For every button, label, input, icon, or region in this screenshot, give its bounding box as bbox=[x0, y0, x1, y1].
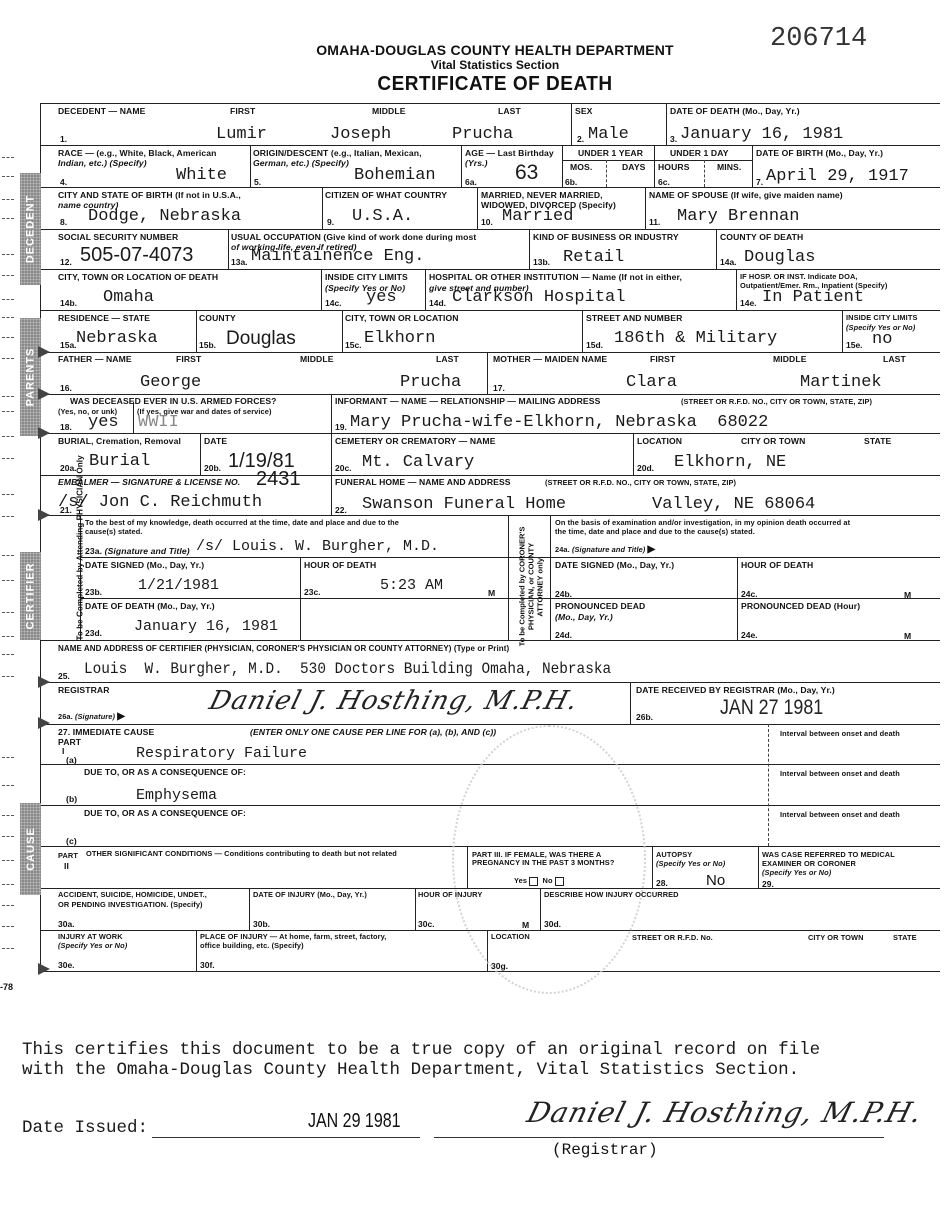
label-embalmer: EMBALMER — SIGNATURE & LICENSE NO. bbox=[58, 477, 240, 487]
label-part: PART bbox=[58, 851, 78, 860]
label-middle: MIDDLE bbox=[300, 354, 334, 364]
label-res-city: CITY, TOWN OR LOCATION bbox=[345, 313, 459, 323]
field-number: 30d. bbox=[544, 919, 561, 929]
section-name: Vital Statistics Section bbox=[0, 58, 950, 72]
label-origin: ORIGIN/DESCENT (e.g., Italian, Mexican, bbox=[253, 148, 422, 158]
field-number: 14a. bbox=[720, 257, 737, 267]
arrow-marker-icon bbox=[38, 963, 50, 975]
coroner-only-note: To be Completed by CORONER'S PHYSICIAN, … bbox=[518, 524, 545, 650]
label-referred-hint: (Specify Yes or No) bbox=[762, 868, 831, 877]
label-accident: ACCIDENT, SUICIDE, HOMICIDE, UNDET., bbox=[58, 890, 207, 899]
label-residence-state: RESIDENCE — STATE bbox=[58, 313, 150, 323]
disposition-method[interactable]: Burial bbox=[89, 453, 150, 471]
father-first-name[interactable]: George bbox=[140, 374, 201, 392]
pregnancy-options: Yes No bbox=[514, 876, 564, 886]
label-hosp-status: IF HOSP. OR INST. Indicate DOA, bbox=[740, 272, 858, 281]
date-signed-value[interactable]: 1/21/1981 bbox=[138, 578, 219, 594]
cemetery-name[interactable]: Mt. Calvary bbox=[362, 454, 474, 472]
label-registrar: REGISTRAR bbox=[58, 685, 110, 695]
label-street-rfd: STREET OR R.F.D. No. bbox=[632, 933, 713, 942]
label-place-of-injury: PLACE OF INJURY — At home, farm, street,… bbox=[200, 932, 386, 941]
registrar-label: (Registrar) bbox=[552, 1141, 658, 1159]
label-state: STATE bbox=[864, 436, 891, 446]
embalmer-signature[interactable]: /s/ Jon C. Reichmuth bbox=[58, 494, 262, 512]
label-24a: 24a. (Signature and Title) ▶ bbox=[555, 545, 655, 554]
date-issued-line bbox=[152, 1137, 420, 1138]
field-number: 15d. bbox=[586, 340, 603, 350]
label-describe-injury: DESCRIBE HOW INJURY OCCURRED bbox=[544, 890, 679, 899]
pregnancy-yes-checkbox[interactable] bbox=[529, 877, 538, 886]
field-number: 23d. bbox=[85, 628, 102, 638]
label-date-of-death: DATE OF DEATH (Mo., Day, Yr.) bbox=[85, 601, 215, 611]
label-26a: 26a. (Signature) ▶ bbox=[58, 712, 125, 721]
physician-statement-2: cause(s) stated. bbox=[85, 527, 142, 536]
decedent-tab: DECEDENT bbox=[20, 173, 41, 285]
residence-city[interactable]: Elkhorn bbox=[364, 330, 435, 348]
label-date-of-birth: DATE OF BIRTH (Mo., Day, Yr.) bbox=[756, 148, 883, 158]
informant-value[interactable]: Mary Prucha-wife-Elkhorn, Nebraska 68022 bbox=[350, 414, 768, 432]
label-first: FIRST bbox=[650, 354, 675, 364]
residence-county[interactable]: Douglas bbox=[226, 330, 296, 348]
date-issued-label: Date Issued: bbox=[22, 1118, 148, 1138]
label-hours: HOURS bbox=[658, 162, 690, 172]
residence-street[interactable]: 186th & Military bbox=[614, 330, 777, 348]
label-pronounced-dead-hint: (Mo., Day, Yr.) bbox=[555, 612, 613, 622]
decedent-last-name[interactable]: Prucha bbox=[452, 126, 513, 144]
field-number: 4. bbox=[60, 177, 67, 187]
pregnancy-no-checkbox[interactable] bbox=[555, 877, 564, 886]
parents-tab: PARENTS bbox=[20, 318, 41, 436]
field-number: 18. bbox=[60, 422, 72, 432]
field-number: 13a. bbox=[231, 257, 248, 267]
decedent-marital-status[interactable]: Married bbox=[502, 208, 573, 226]
label-city-of-death: CITY, TOWN OR LOCATION OF DEATH bbox=[58, 272, 218, 282]
label-last: LAST bbox=[498, 106, 521, 116]
embalmer-license[interactable]: 2431 bbox=[256, 470, 301, 488]
residence-inside-city[interactable]: no bbox=[872, 331, 892, 349]
label-pronounced-dead: PRONOUNCED DEAD bbox=[555, 601, 645, 611]
autopsy-value[interactable]: No bbox=[706, 872, 725, 889]
label-mos: MOS. bbox=[570, 162, 592, 172]
label-b: (b) bbox=[66, 794, 77, 804]
field-number: 29. bbox=[762, 879, 774, 889]
decedent-occupation[interactable]: Maintainence Eng. bbox=[251, 248, 424, 266]
label-age: AGE — Last Birthday bbox=[465, 148, 554, 158]
label-armed-forces: WAS DECEASED EVER IN U.S. ARMED FORCES? bbox=[70, 396, 277, 406]
due-to-b-value[interactable]: Emphysema bbox=[136, 788, 217, 804]
field-number: 6a. bbox=[465, 177, 477, 187]
label-middle: MIDDLE bbox=[372, 106, 406, 116]
field-number: 15b. bbox=[199, 340, 216, 350]
label-place-of-injury-2: office building, etc. (Specify) bbox=[200, 941, 304, 950]
field-number: 26b. bbox=[636, 712, 653, 722]
label-state: STATE bbox=[893, 933, 917, 942]
department-name: OMAHA-DOUGLAS COUNTY HEALTH DEPARTMENT bbox=[0, 42, 950, 58]
field-number: 8. bbox=[60, 217, 67, 227]
field-number: 30f. bbox=[200, 960, 215, 970]
mother-first-name[interactable]: Clara bbox=[626, 374, 677, 392]
field-number: 6c. bbox=[658, 177, 670, 187]
funeral-home-name[interactable]: Swanson Funeral Home bbox=[362, 496, 566, 514]
field-number: 11. bbox=[649, 217, 660, 227]
field-number: 20d. bbox=[637, 463, 654, 473]
label-days: DAYS bbox=[622, 162, 646, 172]
physician-signature[interactable]: /s/ Louis. W. Burgher, M.D. bbox=[196, 539, 439, 555]
label-citizen: CITIZEN OF WHAT COUNTRY bbox=[325, 190, 447, 200]
field-number: 24c. bbox=[741, 589, 758, 599]
label-part-i: I bbox=[62, 746, 65, 756]
date-issued-value: JAN 29 1981 bbox=[308, 1110, 401, 1133]
label-autopsy-hint: (Specify Yes or No) bbox=[656, 859, 725, 868]
decedent-spouse[interactable]: Mary Brennan bbox=[677, 208, 799, 226]
label-date-signed: DATE SIGNED (Mo., Day, Yr.) bbox=[555, 560, 674, 570]
label-street: STREET AND NUMBER bbox=[586, 313, 682, 323]
footer-registrar-signature: Daniel J. Hosthing, M.P.H. bbox=[524, 1096, 927, 1129]
page-title: CERTIFICATE OF DEATH bbox=[0, 73, 950, 96]
label-under-1-day: UNDER 1 DAY bbox=[670, 148, 729, 158]
label-a: (a) bbox=[66, 755, 77, 765]
field-number: 30g. bbox=[491, 961, 508, 971]
label-due-to: DUE TO, OR AS A CONSEQUENCE OF: bbox=[84, 767, 246, 777]
label-autopsy: AUTOPSY bbox=[656, 850, 692, 859]
label-burial: BURIAL, Cremation, Removal bbox=[58, 436, 181, 446]
label-c: (c) bbox=[66, 836, 77, 846]
decedent-race[interactable]: White bbox=[176, 167, 227, 185]
label-father: FATHER — NAME bbox=[58, 354, 132, 364]
label-interval: Interval between onset and death bbox=[780, 729, 900, 738]
label-23a: 23a. (Signature and Title) bbox=[85, 546, 190, 556]
label-mins: MINS. bbox=[717, 162, 741, 172]
label-marital: MARRIED, NEVER MARRIED, bbox=[481, 190, 603, 200]
coroner-statement-2: the time, date and place and due to the … bbox=[555, 527, 755, 536]
label-location: LOCATION bbox=[491, 932, 530, 941]
label-injury-at-work: INJURY AT WORK bbox=[58, 932, 123, 941]
field-number: 15e. bbox=[846, 340, 863, 350]
decedent-inside-city-limits[interactable]: yes bbox=[366, 289, 397, 307]
field-number: 24d. bbox=[555, 630, 572, 640]
field-number: 1. bbox=[60, 134, 67, 144]
field-number: 24e. bbox=[741, 630, 758, 640]
label-address-hint: (STREET OR R.F.D. NO., CITY OR TOWN, STA… bbox=[545, 478, 736, 487]
field-number: 22. bbox=[335, 505, 347, 515]
cause-tab: CAUSE bbox=[20, 803, 41, 895]
label-county: COUNTY bbox=[199, 313, 236, 323]
arrow-marker-icon bbox=[38, 509, 50, 521]
field-number: 7. bbox=[756, 177, 763, 187]
decedent-date-of-birth[interactable]: April 29, 1917 bbox=[766, 168, 909, 186]
field-number: 13b. bbox=[533, 257, 550, 267]
field-number: 23b. bbox=[85, 587, 102, 597]
label-age-hint: (Yrs.) bbox=[465, 158, 488, 168]
physician-only-note: To be Completed by Attending PHYSICIAN O… bbox=[76, 515, 85, 641]
field-number: 14d. bbox=[429, 298, 446, 308]
field-number: 15c. bbox=[345, 340, 362, 350]
label-middle: MIDDLE bbox=[773, 354, 807, 364]
label-date-signed: DATE SIGNED (Mo., Day, Yr.) bbox=[85, 560, 204, 570]
armed-forces-value[interactable]: yes bbox=[88, 414, 119, 432]
arrow-marker-icon bbox=[38, 676, 50, 688]
label-first: FIRST bbox=[230, 106, 255, 116]
field-number: 3. bbox=[670, 134, 677, 144]
field-number: 30e. bbox=[58, 960, 75, 970]
label-date: DATE bbox=[204, 436, 227, 446]
field-number: 25. bbox=[58, 671, 70, 681]
armed-forces-war[interactable]: WWII bbox=[138, 414, 179, 432]
decedent-hospital[interactable]: Clarkson Hospital bbox=[452, 289, 625, 307]
label-city-or-town: CITY OR TOWN bbox=[741, 436, 805, 446]
label-sex: SEX bbox=[575, 106, 593, 116]
label-accident-2: OR PENDING INVESTIGATION. (Specify) bbox=[58, 900, 203, 909]
label-enter-one: (ENTER ONLY ONE CAUSE PER LINE FOR (a), … bbox=[250, 727, 496, 737]
decedent-birthplace[interactable]: Dodge, Nebraska bbox=[88, 208, 241, 226]
hour-of-death-value[interactable]: 5:23 AM bbox=[380, 578, 443, 594]
form-code: -78 bbox=[0, 982, 13, 992]
field-number: 14c. bbox=[325, 298, 342, 308]
arrow-marker-icon bbox=[38, 427, 50, 439]
field-number: 9. bbox=[327, 217, 334, 227]
field-number: 30c. bbox=[418, 919, 435, 929]
arrow-marker-icon bbox=[38, 346, 50, 358]
cemetery-location[interactable]: Elkhorn, NE bbox=[674, 454, 786, 472]
label-m: M bbox=[904, 631, 911, 641]
arrow-marker-icon bbox=[38, 717, 50, 729]
field-number: 10. bbox=[481, 217, 493, 227]
decedent-business[interactable]: Retail bbox=[563, 249, 624, 267]
label-part-ii: II bbox=[64, 861, 69, 871]
label-first: FIRST bbox=[176, 354, 201, 364]
mother-last-name[interactable]: Martinek bbox=[800, 374, 882, 392]
field-number: 30a. bbox=[58, 919, 75, 929]
registrar-signature-line bbox=[434, 1137, 884, 1138]
label-hospital: HOSPITAL OR OTHER INSTITUTION — Name (If… bbox=[429, 272, 682, 282]
label-county-of-death: COUNTY OF DEATH bbox=[720, 232, 803, 242]
arrow-marker-icon bbox=[38, 388, 50, 400]
decedent-date-of-death[interactable]: January 16, 1981 bbox=[680, 126, 843, 144]
coroner-statement: On the basis of examination and/or inves… bbox=[555, 518, 850, 527]
label-immediate-cause: 27. IMMEDIATE CAUSE bbox=[58, 727, 154, 737]
label-city-or-town: CITY OR TOWN bbox=[808, 933, 864, 942]
label-informant: INFORMANT — NAME — RELATIONSHIP — MAILIN… bbox=[335, 396, 600, 406]
decedent-hospital-status[interactable]: In Patient bbox=[762, 289, 864, 307]
date-received-value[interactable]: JAN 27 1981 bbox=[720, 696, 823, 720]
label-race-hint: Indian, etc.) (Specify) bbox=[58, 158, 147, 168]
label-funeral-home: FUNERAL HOME — NAME AND ADDRESS bbox=[335, 477, 511, 487]
field-number: 30b. bbox=[253, 919, 270, 929]
decedent-county-of-death[interactable]: Douglas bbox=[744, 249, 815, 267]
label-interval: Interval between onset and death bbox=[780, 810, 900, 819]
field-number: 28. bbox=[656, 878, 668, 888]
label-m: M bbox=[904, 590, 911, 600]
label-last: LAST bbox=[436, 354, 459, 364]
field-number: 20a. bbox=[60, 463, 77, 473]
field-number: 5. bbox=[254, 177, 261, 187]
field-number: 14b. bbox=[60, 298, 77, 308]
label-decedent-name: DECEDENT — NAME bbox=[58, 106, 145, 116]
field-number: 23c. bbox=[304, 587, 321, 597]
decedent-age[interactable]: 63 bbox=[515, 164, 538, 182]
label-due-to: DUE TO, OR AS A CONSEQUENCE OF: bbox=[84, 808, 246, 818]
label-part-iii-2: PREGNANCY IN THE PAST 3 MONTHS? bbox=[472, 858, 614, 867]
label-date-received: DATE RECEIVED BY REGISTRAR (Mo., Day, Yr… bbox=[636, 685, 835, 695]
field-number: 14e. bbox=[740, 298, 757, 308]
label-hour-of-injury: HOUR OF INJURY bbox=[418, 890, 482, 899]
label-inside-city: INSIDE CITY LIMITS bbox=[846, 313, 917, 322]
physician-statement: To the best of my knowledge, death occur… bbox=[85, 518, 399, 527]
decedent-sex[interactable]: Male bbox=[588, 126, 629, 144]
label-injury-at-work-hint: (Specify Yes or No) bbox=[58, 941, 127, 950]
label-hour-of-death: HOUR OF DEATH bbox=[741, 560, 813, 570]
label-origin-hint: German, etc.) (Specify) bbox=[253, 158, 349, 168]
label-occupation: USUAL OCCUPATION (Give kind of work done… bbox=[231, 232, 476, 242]
label-address-hint: (STREET OR R.F.D. NO., CITY OR TOWN, STA… bbox=[681, 397, 872, 406]
label-under-1-year: UNDER 1 YEAR bbox=[578, 148, 643, 158]
certification-line-1: This certifies this document to be a tru… bbox=[22, 1040, 820, 1060]
decedent-first-name[interactable]: Lumir bbox=[216, 126, 267, 144]
certification-line-2: with the Omaha-Douglas County Health Dep… bbox=[22, 1060, 799, 1080]
field-number: 20b. bbox=[204, 463, 221, 473]
certifier-tab: CERTIFIER bbox=[20, 552, 41, 640]
certifier-name-address[interactable]: Louis W. Burgher, M.D. 530 Doctors Build… bbox=[84, 660, 611, 678]
label-other-conditions: OTHER SIGNIFICANT CONDITIONS — Condition… bbox=[86, 849, 397, 858]
field-number: 16. bbox=[60, 383, 72, 393]
label-hour-of-death: HOUR OF DEATH bbox=[304, 560, 376, 570]
immediate-cause-value[interactable]: Respiratory Failure bbox=[136, 746, 307, 762]
label-business: KIND OF BUSINESS OR INDUSTRY bbox=[533, 232, 679, 242]
decedent-citizenship[interactable]: U.S.A. bbox=[352, 208, 413, 226]
label-mother: MOTHER — MAIDEN NAME bbox=[493, 354, 607, 364]
label-referred-2: EXAMINER OR CORONER bbox=[762, 859, 856, 868]
funeral-home-address[interactable]: Valley, NE 68064 bbox=[652, 496, 815, 514]
field-number: 19. bbox=[335, 422, 347, 432]
label-birthplace: CITY AND STATE OF BIRTH (If not in U.S.A… bbox=[58, 190, 241, 200]
label-referred: WAS CASE REFERRED TO MEDICAL bbox=[762, 850, 895, 859]
residence-state[interactable]: Nebraska bbox=[76, 330, 158, 348]
label-m: M bbox=[488, 588, 495, 598]
decedent-middle-name[interactable]: Joseph bbox=[330, 126, 391, 144]
decedent-origin[interactable]: Bohemian bbox=[354, 167, 436, 185]
label-race: RACE — (e.g., White, Black, American bbox=[58, 148, 216, 158]
decedent-city-of-death[interactable]: Omaha bbox=[103, 289, 154, 307]
father-last-name[interactable]: Prucha bbox=[400, 374, 461, 392]
field-number: 15a. bbox=[60, 340, 77, 350]
label-date-of-death: DATE OF DEATH (Mo., Day, Yr.) bbox=[670, 106, 800, 116]
field-number: 6b. bbox=[565, 177, 577, 187]
label-certifier-name: NAME AND ADDRESS OF CERTIFIER (PHYSICIAN… bbox=[58, 643, 509, 653]
label-m: M bbox=[522, 920, 529, 930]
label-last: LAST bbox=[883, 354, 906, 364]
label-date-of-injury: DATE OF INJURY (Mo., Day, Yr.) bbox=[253, 890, 367, 899]
label-location: LOCATION bbox=[637, 436, 682, 446]
label-pronounced-hour: PRONOUNCED DEAD (Hour) bbox=[741, 601, 860, 611]
decedent-ssn[interactable]: 505-07-4073 bbox=[80, 246, 193, 264]
label-cemetery: CEMETERY OR CREMATORY — NAME bbox=[335, 436, 496, 446]
label-ssn: SOCIAL SECURITY NUMBER bbox=[58, 232, 178, 242]
field-number: 2. bbox=[577, 134, 584, 144]
registrar-signature[interactable]: Daniel J. Hosthing, M.P.H. bbox=[206, 686, 582, 716]
field-number: 12. bbox=[60, 257, 72, 267]
label-spouse: NAME OF SPOUSE (If wife, give maiden nam… bbox=[649, 190, 843, 200]
label-interval: Interval between onset and death bbox=[780, 769, 900, 778]
field-number: 17. bbox=[493, 383, 505, 393]
label-inside-city: INSIDE CITY LIMITS bbox=[325, 272, 408, 282]
field-number: 24b. bbox=[555, 589, 572, 599]
certifier-date-of-death[interactable]: January 16, 1981 bbox=[134, 619, 278, 635]
field-number: 20c. bbox=[335, 463, 352, 473]
